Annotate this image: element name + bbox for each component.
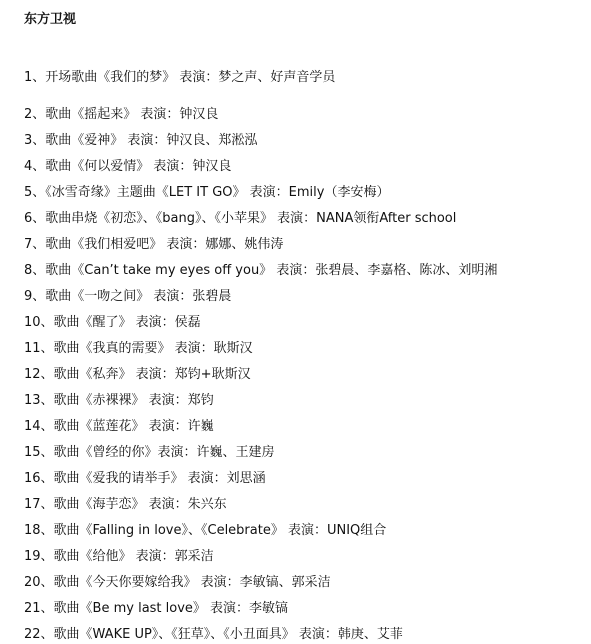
list-item: 5、《冰雪奇缘》主题曲《LET IT GO》 表演：Emily（李安梅） <box>24 181 389 200</box>
list-item: 3、歌曲《爱神》 表演：钟汉良、郑淞泓 <box>24 129 257 148</box>
list-item: 21、歌曲《Be my last love》 表演：李敏镐 <box>24 597 288 616</box>
list-item: 11、歌曲《我真的需要》 表演：耿斯汉 <box>24 337 253 356</box>
list-item: 14、歌曲《蓝莲花》 表演：许巍 <box>24 415 214 434</box>
list-item: 15、歌曲《曾经的你》表演：许巍、王建房 <box>24 441 275 460</box>
list-item: 1、开场歌曲《我们的梦》 表演：梦之声、好声音学员 <box>24 66 335 85</box>
list-item: 16、歌曲《爱我的请举手》 表演：刘思涵 <box>24 467 266 486</box>
list-item: 10、歌曲《醒了》 表演：侯磊 <box>24 311 201 330</box>
list-item: 13、歌曲《赤裸裸》 表演：郑钧 <box>24 389 214 408</box>
list-item: 17、歌曲《海芋恋》 表演：朱兴东 <box>24 493 227 512</box>
list-item: 22、歌曲《WAKE UP》、《狂草》、《小丑面具》 表演：韩庚、艾菲 <box>24 623 403 642</box>
list-item: 2、歌曲《摇起来》 表演：钟汉良 <box>24 103 218 122</box>
list-item: 7、歌曲《我们相爱吧》 表演：娜娜、姚伟涛 <box>24 233 283 252</box>
list-item: 9、歌曲《一吻之间》 表演：张碧晨 <box>24 285 231 304</box>
document-title: 东方卫视 <box>24 8 76 27</box>
list-item: 18、歌曲《Falling in love》、《Celebrate》 表演：UN… <box>24 519 386 538</box>
list-item: 19、歌曲《给他》 表演：郭采洁 <box>24 545 214 564</box>
list-item: 4、歌曲《何以爱情》 表演：钟汉良 <box>24 155 231 174</box>
list-item: 8、歌曲《Can’t take my eyes off you》 表演：张碧晨、… <box>24 259 497 278</box>
list-item: 6、歌曲串烧《初恋》、《bang》、《小苹果》 表演：NANA领衔After s… <box>24 207 456 226</box>
list-item: 20、歌曲《今天你要嫁给我》 表演：李敏镐、郭采洁 <box>24 571 331 590</box>
list-item: 12、歌曲《私奔》 表演：郑钧+耿斯汉 <box>24 363 251 382</box>
